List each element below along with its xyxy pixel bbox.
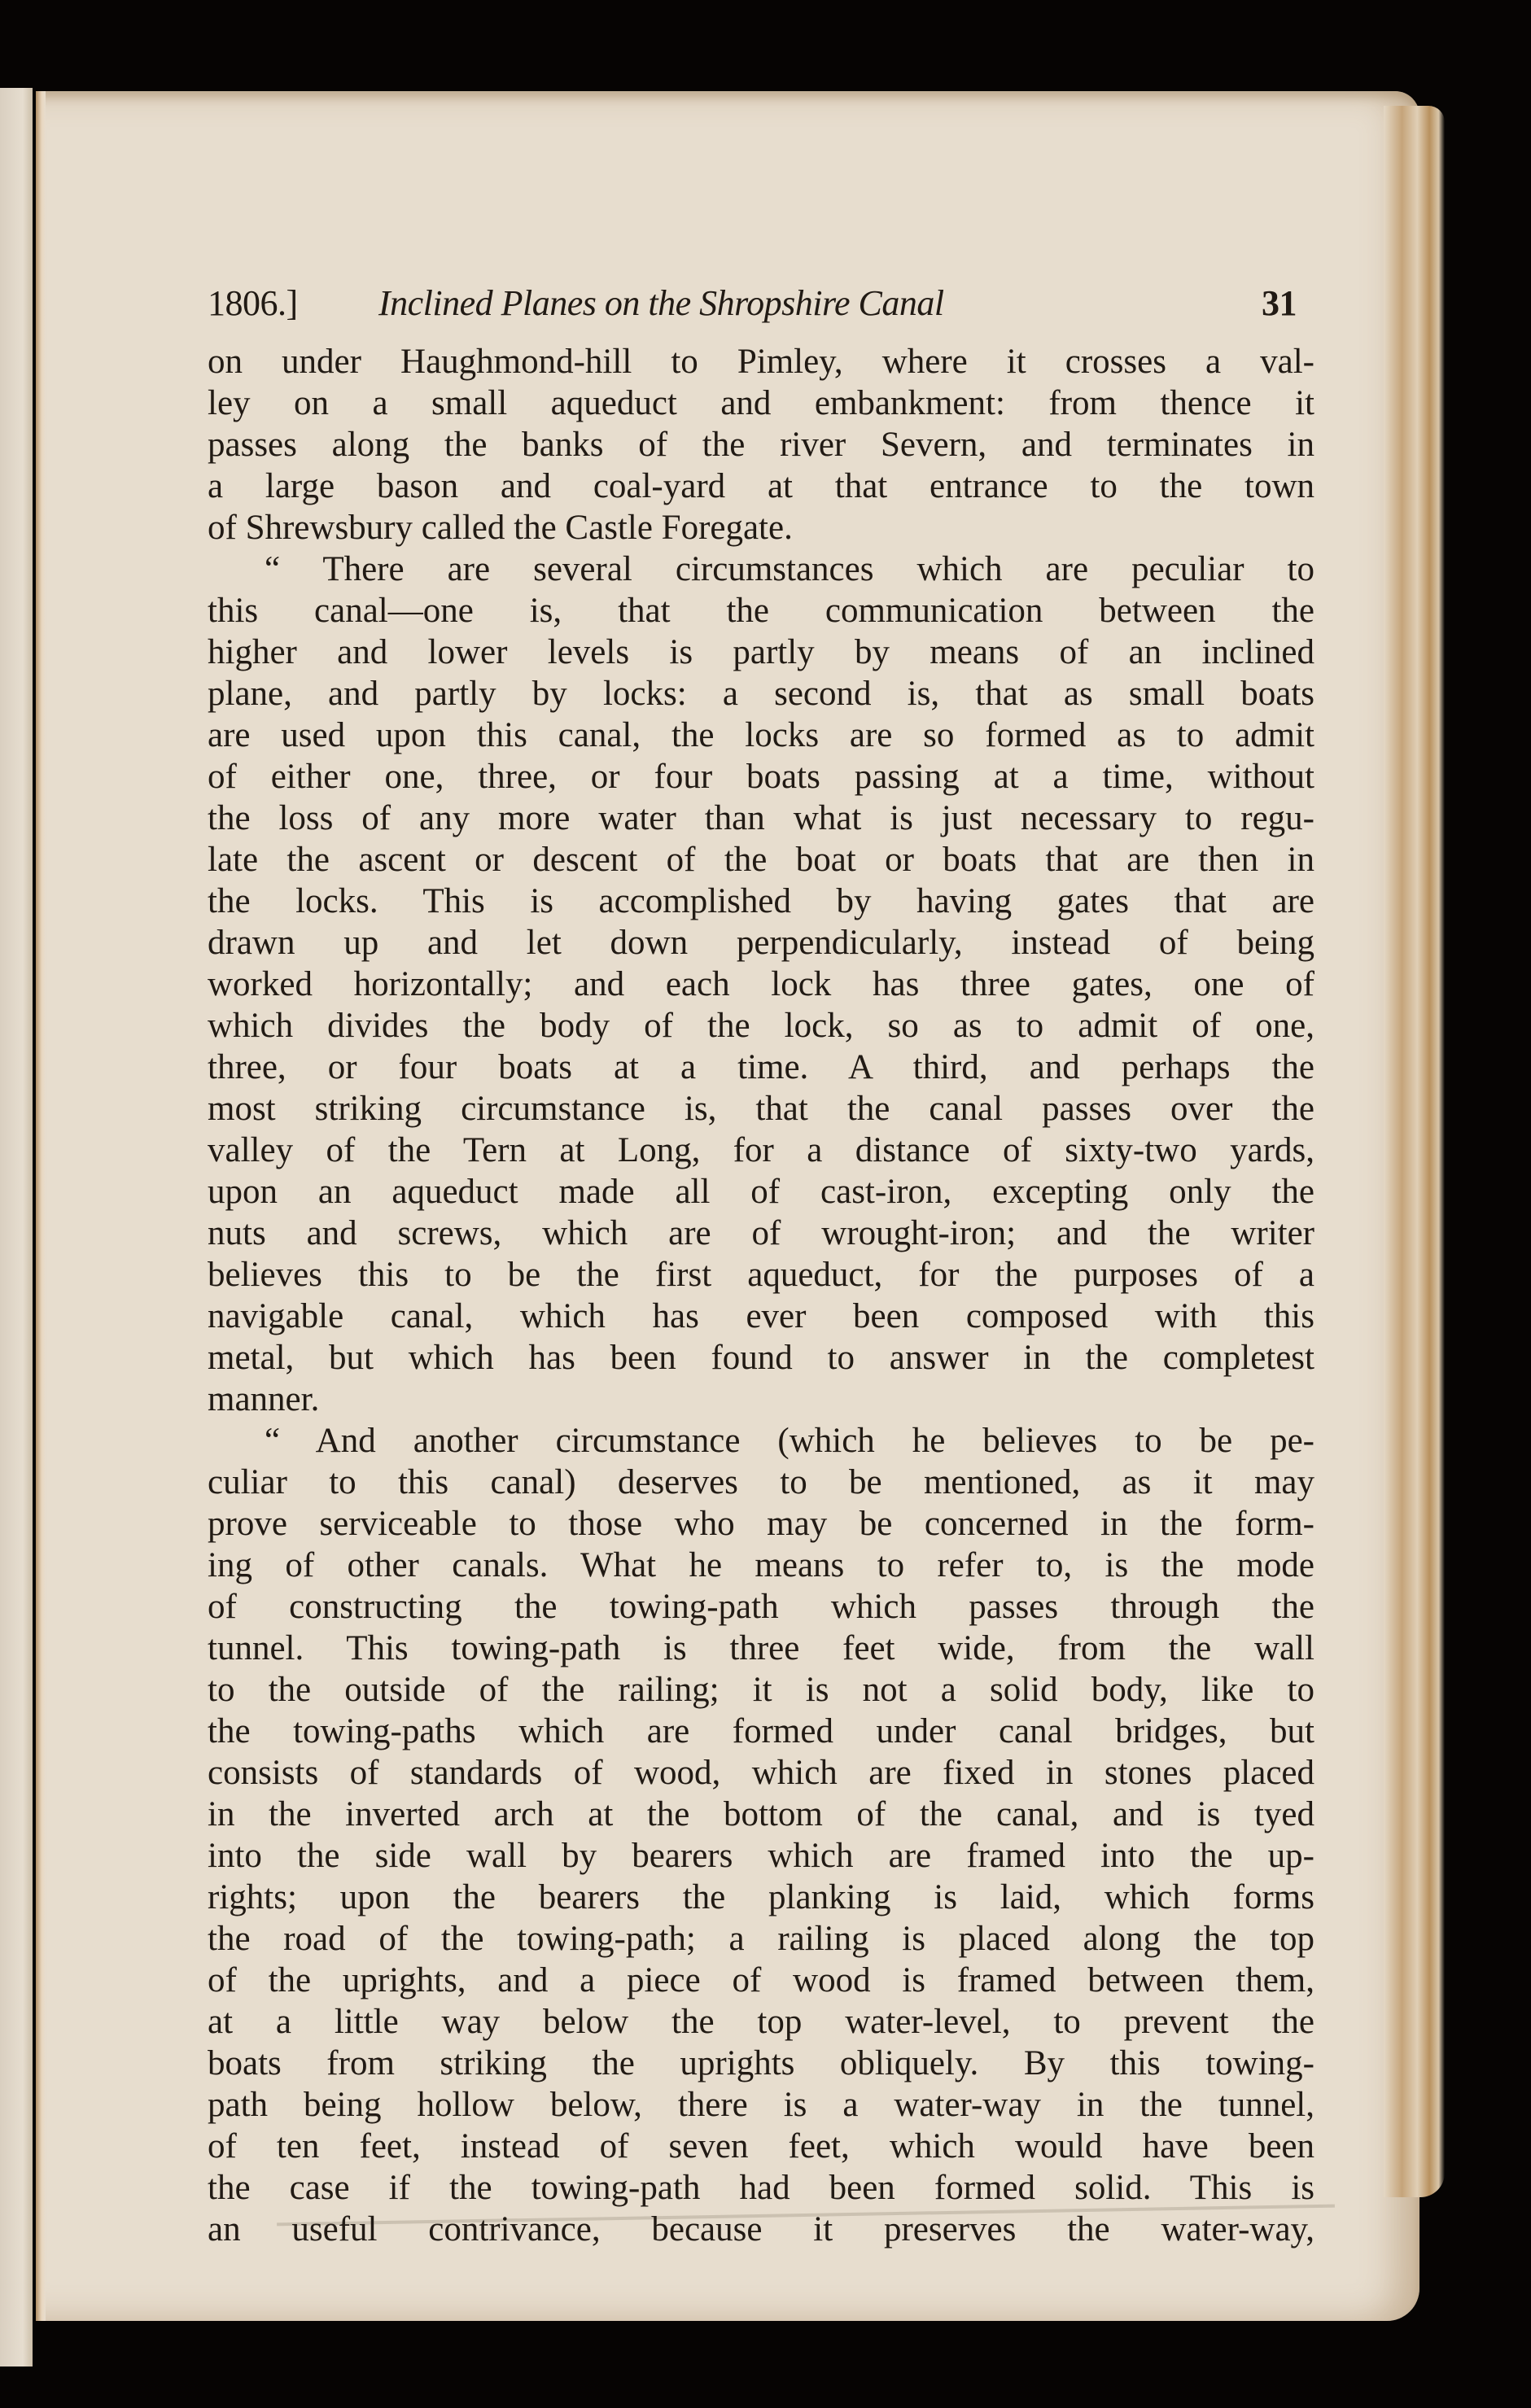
text-line: “ And another circumstance (which he bel… (208, 1420, 1314, 1462)
text-line: a large bason and coal-yard at that entr… (208, 465, 1314, 507)
text-line: are used upon this canal, the locks are … (208, 715, 1314, 756)
text-line: the loss of any more water than what is … (208, 798, 1314, 839)
text-line: on under Haughmond-hill to Pimley, where… (208, 341, 1314, 382)
facing-page-edge (0, 88, 33, 2366)
running-head-title: Inclined Planes on the Shropshire Canal (378, 282, 1262, 324)
text-line: to the outside of the railing; it is not… (208, 1669, 1314, 1711)
text-line: boats from striking the uprights oblique… (208, 2043, 1314, 2084)
text-line: at a little way below the top water-leve… (208, 2001, 1314, 2043)
text-line: nuts and screws, which are of wrought-ir… (208, 1213, 1314, 1254)
text-line: “ There are several circumstances which … (208, 548, 1314, 590)
text-line: of Shrewsbury called the Castle Foregate… (208, 507, 1314, 548)
text-line: the towing-paths which are formed under … (208, 1711, 1314, 1752)
body-text: on under Haughmond-hill to Pimley, where… (208, 341, 1314, 2250)
page-text: 1806.] Inclined Planes on the Shropshire… (208, 282, 1314, 2250)
page-fore-edge (1384, 106, 1445, 2197)
text-line: the case if the towing-path had been for… (208, 2167, 1314, 2209)
text-line: of constructing the towing-path which pa… (208, 1586, 1314, 1628)
text-line: three, or four boats at a time. A third,… (208, 1047, 1314, 1088)
text-line: prove serviceable to those who may be co… (208, 1503, 1314, 1545)
text-line: in the inverted arch at the bottom of th… (208, 1794, 1314, 1835)
text-line: into the side wall by bearers which are … (208, 1835, 1314, 1877)
page-number: 31 (1262, 282, 1314, 324)
text-line: an useful contrivance, because it preser… (208, 2209, 1314, 2250)
text-line: consists of standards of wood, which are… (208, 1752, 1314, 1794)
text-line: path being hollow below, there is a wate… (208, 2084, 1314, 2126)
text-line: valley of the Tern at Long, for a distan… (208, 1130, 1314, 1171)
text-line: ing of other canals. What he means to re… (208, 1545, 1314, 1586)
text-line: ley on a small aqueduct and embankment: … (208, 382, 1314, 424)
text-line: this canal—one is, that the communicatio… (208, 590, 1314, 631)
text-line: navigable canal, which has ever been com… (208, 1296, 1314, 1337)
running-head: 1806.] Inclined Planes on the Shropshire… (208, 282, 1314, 341)
text-line: rights; upon the bearers the planking is… (208, 1877, 1314, 1918)
page-gutter (36, 91, 46, 2321)
text-line: of either one, three, or four boats pass… (208, 756, 1314, 798)
running-head-date: 1806.] (208, 282, 378, 324)
text-line: manner. (208, 1379, 1314, 1420)
text-line: higher and lower levels is partly by mea… (208, 631, 1314, 673)
text-line: metal, but which has been found to answe… (208, 1337, 1314, 1379)
text-line: tunnel. This towing-path is three feet w… (208, 1628, 1314, 1669)
text-line: the road of the towing-path; a railing i… (208, 1918, 1314, 1960)
text-line: the locks. This is accomplished by havin… (208, 881, 1314, 922)
text-line: drawn up and let down perpendicularly, i… (208, 922, 1314, 964)
text-line: plane, and partly by locks: a second is,… (208, 673, 1314, 715)
text-line: of the uprights, and a piece of wood is … (208, 1960, 1314, 2001)
text-line: believes this to be the first aqueduct, … (208, 1254, 1314, 1296)
text-line: upon an aqueduct made all of cast-iron, … (208, 1171, 1314, 1213)
text-line: which divides the body of the lock, so a… (208, 1005, 1314, 1047)
text-line: most striking circumstance is, that the … (208, 1088, 1314, 1130)
text-line: of ten feet, instead of seven feet, whic… (208, 2126, 1314, 2167)
text-line: late the ascent or descent of the boat o… (208, 839, 1314, 881)
text-line: culiar to this canal) deserves to be men… (208, 1462, 1314, 1503)
text-line: worked horizontally; and each lock has t… (208, 964, 1314, 1005)
text-line: passes along the banks of the river Seve… (208, 424, 1314, 465)
